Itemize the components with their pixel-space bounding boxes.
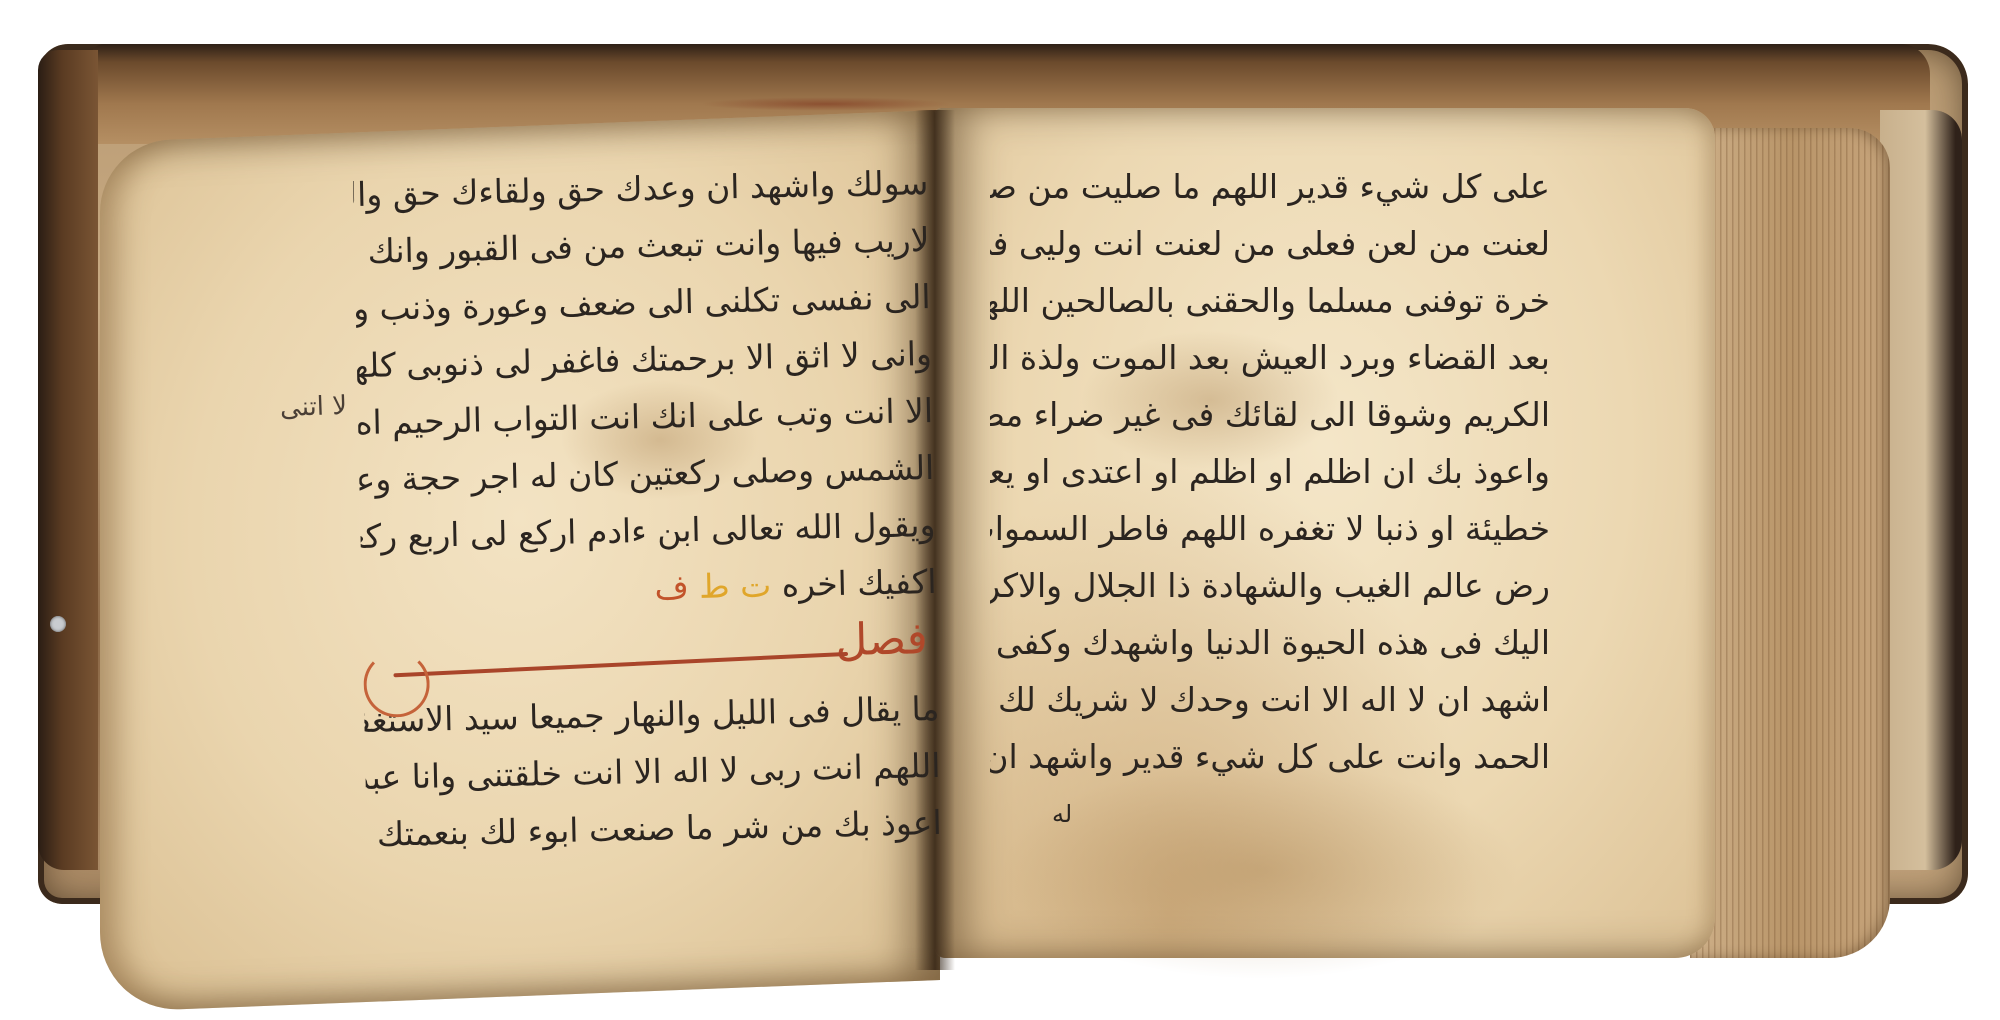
text-line: رض عالم الغيب والشهادة ذا الجلال والاكرا… <box>990 557 1550 614</box>
text-line: الحمد وانت على كل شيء قدير واشهد ان محمد… <box>990 728 1550 785</box>
binding-right-flap <box>1880 110 1962 870</box>
heading-word: فصل <box>835 610 929 669</box>
text-line: ما يقال فى الليل والنهار جميعا سيد الاست… <box>364 680 940 749</box>
text-fragment: اكفيك اخره <box>781 562 937 604</box>
section-heading: فصل <box>362 610 938 692</box>
text-line: اعوذ بك من شر ما صنعت ابوء لك بنعمتك على <box>366 794 942 863</box>
catchword: له <box>1052 800 1072 828</box>
page-block-fore-edge <box>1690 128 1890 958</box>
text-line: الكريم وشوقا الى لقائك فى غير ضراء مضرة … <box>990 386 1550 443</box>
text-line: اليك فى هذه الحيوة الدنيا واشهدك وكفى بك… <box>990 614 1550 671</box>
rubric-mark: ف <box>654 567 689 607</box>
heading-underline <box>393 652 848 677</box>
water-stain <box>1000 760 1520 980</box>
text-line: اشهد ان لا اله الا انت وحدك لا شريك لك ل… <box>990 671 1550 728</box>
right-page-text: على كل شيء قدير اللهم ما صليت من صلاة فع… <box>990 158 1550 785</box>
rubric-mark: ت ط <box>699 565 772 606</box>
text-line: خرة توفنى مسلما والحقنى بالصالحين اللهم … <box>990 272 1550 329</box>
left-page-text: سولك واشهد ان وعدك حق ولقاءك حق والساعة … <box>353 154 942 863</box>
text-line: على كل شيء قدير اللهم ما صليت من صلاة فع… <box>990 158 1550 215</box>
text-line: بعد القضاء وبرد العيش بعد الموت ولذة الن… <box>990 329 1550 386</box>
margin-note: لا اتنى <box>279 391 347 423</box>
binding-left-edge <box>38 50 98 870</box>
cover-hole <box>50 616 66 632</box>
text-line: خطيئة او ذنبا لا تغفره اللهم فاطر السموا… <box>990 500 1550 557</box>
text-line: واعوذ بك ان اظلم او اظلم او اعتدى او يعت… <box>990 443 1550 500</box>
text-line: لعنت من لعن فعلى من لعنت انت وليى فى الد… <box>990 215 1550 272</box>
